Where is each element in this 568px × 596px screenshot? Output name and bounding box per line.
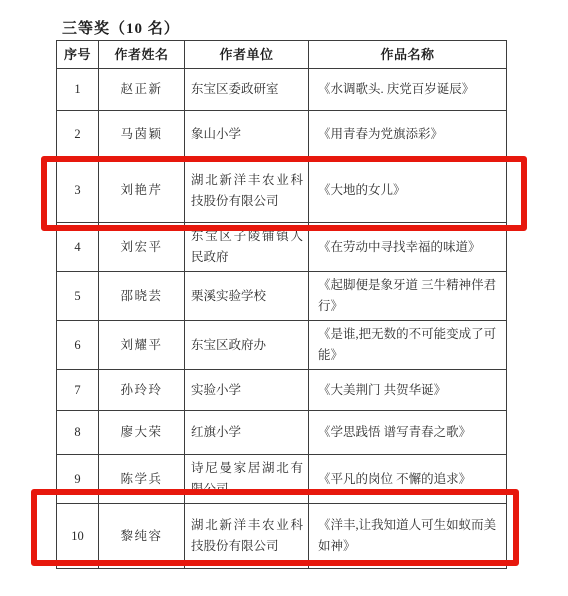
header-work: 作品名称	[309, 41, 507, 69]
row-work: 《用青春为党旗添彩》	[309, 111, 507, 159]
table-row-highlighted: 3 刘艳芹 湖北新洋丰农业科技股份有限公司 《大地的女儿》	[57, 159, 507, 223]
row-unit: 象山小学	[185, 111, 309, 159]
row-unit: 栗溪实验学校	[185, 272, 309, 321]
row-work: 《在劳动中寻找幸福的味道》	[309, 223, 507, 272]
row-unit: 东宝区政府办	[185, 321, 309, 370]
table-row: 8 廖大荣 红旗小学 《学思践悟 谱写青春之歌》	[57, 411, 507, 455]
row-work: 《洋丰,让我知道人可生如蚁而美如神》	[309, 504, 507, 569]
row-no: 1	[57, 69, 99, 111]
row-work: 《起脚便是象牙道 三牛精神伴君行》	[309, 272, 507, 321]
row-unit: 湖北新洋丰农业科技股份有限公司	[185, 504, 309, 569]
row-no: 3	[57, 159, 99, 223]
row-name: 黎纯容	[99, 504, 185, 569]
section-title: 三等奖（10 名）	[62, 17, 180, 38]
table-row: 9 陈学兵 诗尼曼家居湖北有限公司 《平凡的岗位 不懈的追求》	[57, 455, 507, 504]
row-unit: 东宝区委政研室	[185, 69, 309, 111]
row-no: 6	[57, 321, 99, 370]
header-no: 序号	[57, 41, 99, 69]
row-name: 邵晓芸	[99, 272, 185, 321]
row-name: 廖大荣	[99, 411, 185, 455]
table-row: 4 刘宏平 东宝区子陵铺镇人民政府 《在劳动中寻找幸福的味道》	[57, 223, 507, 272]
row-unit: 湖北新洋丰农业科技股份有限公司	[185, 159, 309, 223]
row-unit: 东宝区子陵铺镇人民政府	[185, 223, 309, 272]
document-page: 三等奖（10 名） 序号 作者姓名 作者单位 作品名称 1 赵正新 东宝区委政研…	[0, 0, 568, 596]
header-row: 序号 作者姓名 作者单位 作品名称	[57, 41, 507, 69]
row-name: 陈学兵	[99, 455, 185, 504]
row-no: 8	[57, 411, 99, 455]
row-unit: 红旗小学	[185, 411, 309, 455]
row-work: 《大美荆门 共贺华诞》	[309, 370, 507, 411]
row-no: 5	[57, 272, 99, 321]
row-work: 《是谁,把无数的不可能变成了可能》	[309, 321, 507, 370]
table-header: 序号 作者姓名 作者单位 作品名称	[57, 41, 507, 69]
row-unit: 实验小学	[185, 370, 309, 411]
row-no: 2	[57, 111, 99, 159]
row-work: 《平凡的岗位 不懈的追求》	[309, 455, 507, 504]
table-row: 1 赵正新 东宝区委政研室 《水调歌头. 庆党百岁诞辰》	[57, 69, 507, 111]
row-unit: 诗尼曼家居湖北有限公司	[185, 455, 309, 504]
row-no: 7	[57, 370, 99, 411]
award-table: 序号 作者姓名 作者单位 作品名称 1 赵正新 东宝区委政研室 《水调歌头. 庆…	[56, 40, 507, 569]
row-work: 《水调歌头. 庆党百岁诞辰》	[309, 69, 507, 111]
table-row: 6 刘耀平 东宝区政府办 《是谁,把无数的不可能变成了可能》	[57, 321, 507, 370]
row-name: 刘艳芹	[99, 159, 185, 223]
row-name: 孙玲玲	[99, 370, 185, 411]
row-name: 赵正新	[99, 69, 185, 111]
row-name: 刘耀平	[99, 321, 185, 370]
row-work: 《大地的女儿》	[309, 159, 507, 223]
row-name: 马茵颖	[99, 111, 185, 159]
table-row: 5 邵晓芸 栗溪实验学校 《起脚便是象牙道 三牛精神伴君行》	[57, 272, 507, 321]
table-row-highlighted: 10 黎纯容 湖北新洋丰农业科技股份有限公司 《洋丰,让我知道人可生如蚁而美如神…	[57, 504, 507, 569]
table-body: 1 赵正新 东宝区委政研室 《水调歌头. 庆党百岁诞辰》 2 马茵颖 象山小学 …	[57, 69, 507, 569]
row-no: 4	[57, 223, 99, 272]
row-no: 9	[57, 455, 99, 504]
row-no: 10	[57, 504, 99, 569]
table-row: 2 马茵颖 象山小学 《用青春为党旗添彩》	[57, 111, 507, 159]
row-work: 《学思践悟 谱写青春之歌》	[309, 411, 507, 455]
header-unit: 作者单位	[185, 41, 309, 69]
row-name: 刘宏平	[99, 223, 185, 272]
header-name: 作者姓名	[99, 41, 185, 69]
table-row: 7 孙玲玲 实验小学 《大美荆门 共贺华诞》	[57, 370, 507, 411]
